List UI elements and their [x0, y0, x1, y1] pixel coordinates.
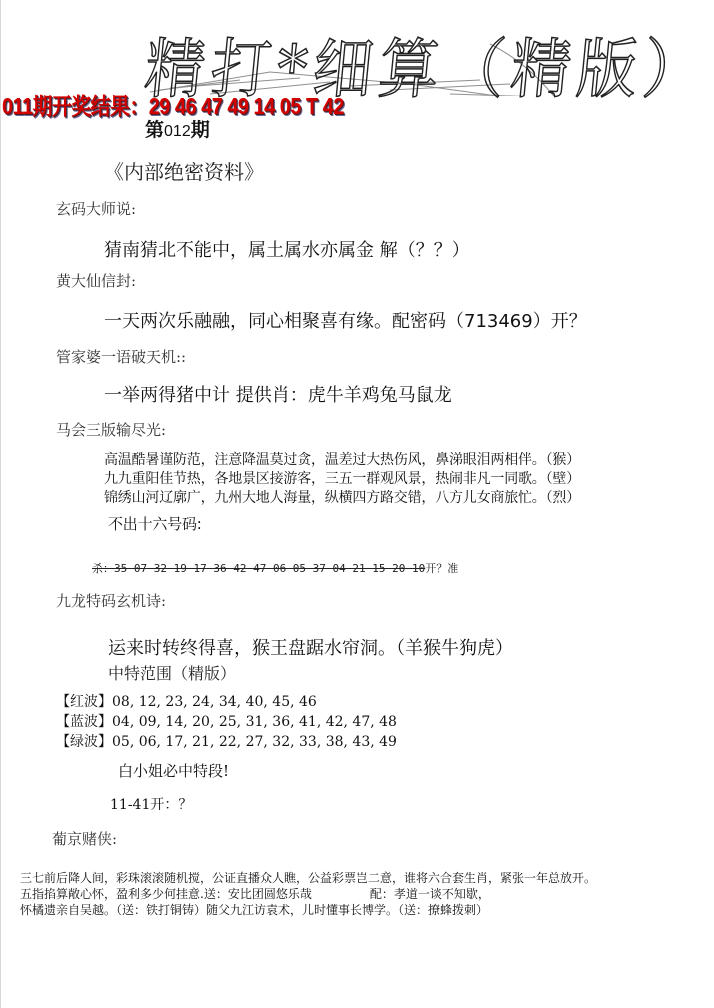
period-suffix: 期 — [191, 120, 210, 141]
document-title: 《内部绝密资料》 — [104, 156, 264, 185]
wave-name: 【蓝波】 — [56, 714, 112, 730]
wave-numbers: 08, 12, 23, 24, 34, 40, 45, 46 — [112, 694, 317, 710]
wave-numbers: 05, 06, 17, 21, 22, 27, 32, 33, 38, 43, … — [112, 734, 397, 750]
section-label-huangdaxian: 黄大仙信封: — [56, 270, 136, 291]
pujing-line: 怀橘遗亲自吴越。（送：铁打铜铸）随父九江访袁术，儿时懂事长博学。（送：撩蜂拨刺） — [20, 902, 596, 918]
poem-line: 高温酷暑谨防范，注意降温莫过贪，温差过大热伤风，鼻涕眼泪两相伴。（猴） — [104, 451, 580, 470]
range-open-text: 11-41开：？ — [110, 794, 192, 814]
poem-line: 锦绣山河辽廓广，九州大地人海量，纵横四方路交错，八方儿女商旅忙。（烈） — [104, 489, 580, 508]
section-label-xuanma: 玄码大师说: — [56, 198, 136, 219]
pujing-line-part: 五指掐算敞心怀，盈利多少何挂意.送：安比团圆悠乐哉 — [20, 887, 312, 901]
wave-name: 【红波】 — [56, 694, 112, 710]
xuanma-text: 猜南猜北不能中，属土属水亦属金 解（？？） — [104, 236, 470, 262]
pujing-line: 五指掐算敞心怀，盈利多少何挂意.送：安比团圆悠乐哉配：孝道一谈不知歇， — [20, 886, 596, 902]
kill-suffix: 开？准 — [425, 562, 458, 575]
page-border — [0, 0, 1, 1008]
period-prefix: 第 — [145, 120, 164, 141]
wave-row-red: 【红波】08, 12, 23, 24, 34, 40, 45, 46 — [56, 691, 317, 711]
kill-numbers: 35 07 32 19 17 36 42 47 06 05 37 04 21 1… — [114, 562, 425, 575]
period-label: 第012期 — [145, 115, 210, 142]
mahui-poem: 高温酷暑谨防范，注意降温莫过贪，温差过大热伤风，鼻涕眼泪两相伴。（猴） 九九重阳… — [104, 451, 580, 508]
wave-name: 【绿波】 — [56, 734, 112, 750]
guanjiapo-text: 一举两得猪中计 提供肖：虎牛羊鸡兔马鼠龙 — [104, 381, 452, 407]
poem-line: 九九重阳佳节热，各地景区接游客，三五一群观风景，热闹非凡一同歌。（壁） — [104, 470, 580, 489]
range-label: 中特范围（精版） — [108, 661, 236, 684]
huangdaxian-text: 一天两次乐融融，同心相聚喜有缘。配密码（713469）开？ — [104, 307, 587, 333]
exclude-label: 不出十六号码: — [108, 515, 202, 534]
wave-numbers: 04, 09, 14, 20, 25, 31, 36, 41, 42, 47, … — [112, 714, 397, 730]
kill-numbers-line: 杀：35 07 32 19 17 36 42 47 06 05 37 04 21… — [92, 560, 458, 576]
kill-prefix: 杀： — [92, 562, 114, 575]
section-label-guanjiapo: 管家婆一语破天机:: — [56, 346, 186, 367]
wave-row-blue: 【蓝波】04, 09, 14, 20, 25, 31, 36, 41, 42, … — [56, 711, 397, 731]
section-label-mahui: 马会三版输尽光: — [56, 419, 166, 440]
wave-row-green: 【绿波】05, 06, 17, 21, 22, 27, 32, 33, 38, … — [56, 731, 397, 751]
section-label-pujing: 葡京赌侠: — [52, 828, 117, 849]
jiulong-text: 运来时转终得喜，猴王盘踞水帘洞。（羊猴牛狗虎） — [108, 634, 513, 660]
pujing-line-part: 配：孝道一谈不知歇， — [370, 887, 490, 901]
pujing-text: 三七前后降人间，彩珠滚滚随机搅，公证直播众人瞧，公益彩票岂二意，谁将六合套生肖，… — [20, 870, 596, 918]
banner-title: 精打*细算（精版） — [150, 14, 580, 96]
baixiaojie-text: 白小姐必中特段! — [118, 760, 229, 781]
pujing-line: 三七前后降人间，彩珠滚滚随机搅，公证直播众人瞧，公益彩票岂二意，谁将六合套生肖，… — [20, 870, 596, 886]
period-number: 012 — [164, 123, 191, 140]
section-label-jiulong: 九龙特码玄机诗: — [56, 590, 166, 611]
